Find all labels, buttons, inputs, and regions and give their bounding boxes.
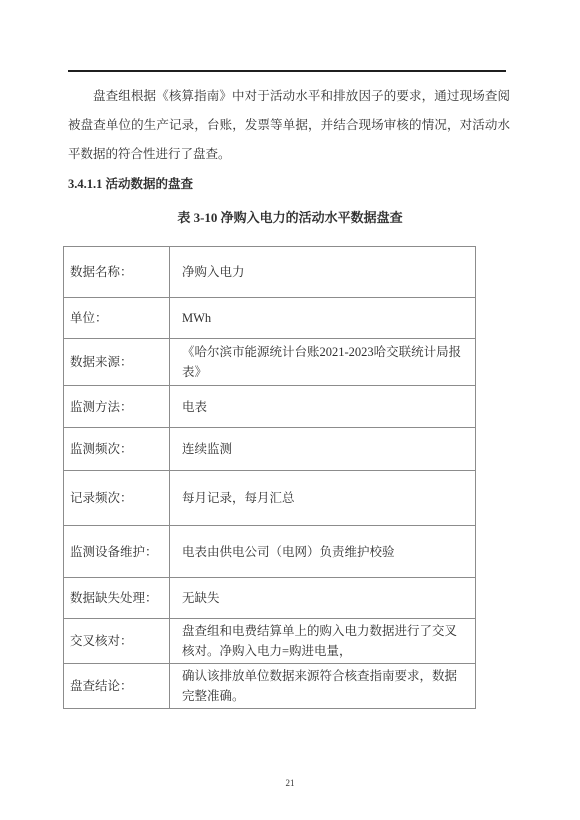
row-value: 净购入电力 xyxy=(170,247,476,298)
header-rule-line xyxy=(68,70,506,72)
row-value: 电表由供电公司（电网）负责维护校验 xyxy=(170,526,476,578)
row-value: 连续监测 xyxy=(170,428,476,471)
row-label: 记录频次： xyxy=(64,471,170,526)
table-row: 数据名称： 净购入电力 xyxy=(64,247,476,298)
table-row: 监测频次： 连续监测 xyxy=(64,428,476,471)
table-row: 监测设备维护： 电表由供电公司（电网）负责维护校验 xyxy=(64,526,476,578)
table-row: 交叉核对： 盘查组和电费结算单上的购入电力数据进行了交叉核对。净购入电力=购进电… xyxy=(64,619,476,664)
row-label: 盘查结论： xyxy=(64,664,170,709)
row-label: 监测方法： xyxy=(64,386,170,428)
section-heading: 3.4.1.1 活动数据的盘查 xyxy=(68,174,510,192)
table-body: 数据名称： 净购入电力 单位： MWh 数据来源： 《哈尔滨市能源统计台账202… xyxy=(64,247,476,709)
table-caption: 表 3-10 净购入电力的活动水平数据盘查 xyxy=(0,207,580,226)
document-page: 盘查组根据《核算指南》中对于活动水平和排放因子的要求，通过现场查阅被盘查单位的生… xyxy=(0,0,580,820)
row-value: 无缺失 xyxy=(170,578,476,619)
table-row: 盘查结论： 确认该排放单位数据来源符合核查指南要求，数据完整准确。 xyxy=(64,664,476,709)
row-value: MWh xyxy=(170,298,476,339)
row-label: 单位： xyxy=(64,298,170,339)
row-value: 确认该排放单位数据来源符合核查指南要求，数据完整准确。 xyxy=(170,664,476,709)
row-value: 盘查组和电费结算单上的购入电力数据进行了交叉核对。净购入电力=购进电量， xyxy=(170,619,476,664)
activity-data-table: 数据名称： 净购入电力 单位： MWh 数据来源： 《哈尔滨市能源统计台账202… xyxy=(63,246,476,709)
table-row: 数据来源： 《哈尔滨市能源统计台账2021-2023哈交联统计局报表》 xyxy=(64,339,476,386)
row-label: 数据来源： xyxy=(64,339,170,386)
row-label: 监测设备维护： xyxy=(64,526,170,578)
row-label: 数据名称： xyxy=(64,247,170,298)
table-row: 单位： MWh xyxy=(64,298,476,339)
table-row: 监测方法： 电表 xyxy=(64,386,476,428)
row-value: 每月记录，每月汇总 xyxy=(170,471,476,526)
row-label: 监测频次： xyxy=(64,428,170,471)
page-number: 21 xyxy=(0,778,580,788)
table-row: 数据缺失处理： 无缺失 xyxy=(64,578,476,619)
table-row: 记录频次： 每月记录，每月汇总 xyxy=(64,471,476,526)
intro-paragraph: 盘查组根据《核算指南》中对于活动水平和排放因子的要求，通过现场查阅被盘查单位的生… xyxy=(68,82,510,169)
row-value: 《哈尔滨市能源统计台账2021-2023哈交联统计局报表》 xyxy=(170,339,476,386)
row-label: 数据缺失处理： xyxy=(64,578,170,619)
row-value: 电表 xyxy=(170,386,476,428)
row-label: 交叉核对： xyxy=(64,619,170,664)
